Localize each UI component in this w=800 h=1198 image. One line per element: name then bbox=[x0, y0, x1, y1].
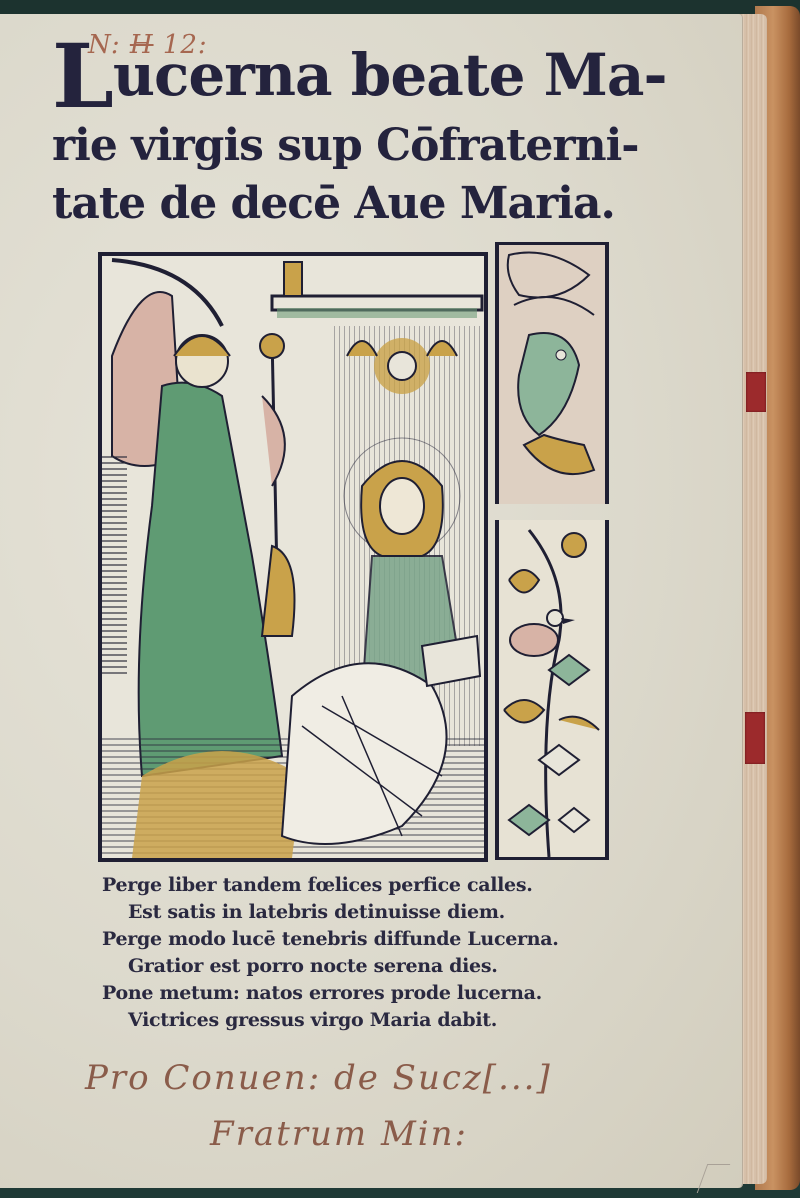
decorated-initial: L bbox=[52, 24, 113, 128]
verse-line-1: Perge liber tandem fœlices perfice calle… bbox=[102, 872, 642, 899]
handwritten-ownership-inscription: Pro Conuen: de Sucz[...] Fratrum Min: bbox=[85, 1050, 705, 1162]
book-title: Lucerna beate Ma- rie virgis sup Cōfrate… bbox=[52, 46, 642, 240]
woodcut-illustration bbox=[102, 256, 484, 858]
inscription-line-1: Pro Conuen: de Sucz[...] bbox=[85, 1050, 705, 1106]
verse-line-6: Victrices gressus virgo Maria dabit. bbox=[102, 1007, 642, 1034]
verse-block: Perge liber tandem fœlices perfice calle… bbox=[102, 872, 642, 1034]
verse-line-5: Pone metum: natos errores prode lucerna. bbox=[102, 980, 642, 1007]
border-panel-bird-vine bbox=[495, 520, 609, 860]
bookmark-tab-upper bbox=[746, 372, 766, 412]
title-line-2: rie virgis sup Cōfraterni- bbox=[52, 124, 642, 182]
page-corner-fold bbox=[697, 1164, 731, 1193]
verse-line-4: Gratior est porro nocte serena dies. bbox=[102, 953, 642, 980]
border-panel-dragon bbox=[495, 242, 609, 504]
inscription-line-2: Fratrum Min: bbox=[85, 1106, 705, 1162]
verse-line-3: Perge modo lucē tenebris diffunde Lucern… bbox=[102, 926, 642, 953]
title-line-3: tate de decē Aue Maria. bbox=[52, 182, 642, 240]
annunciation-woodcut bbox=[98, 252, 488, 862]
verse-line-2: Est satis in latebris detinuisse diem. bbox=[102, 899, 642, 926]
bird-vine-ornament bbox=[499, 520, 605, 857]
dragon-ornament bbox=[499, 245, 605, 504]
bookmark-tab-lower bbox=[745, 712, 765, 764]
title-line-1: Lucerna beate Ma- bbox=[52, 46, 642, 118]
